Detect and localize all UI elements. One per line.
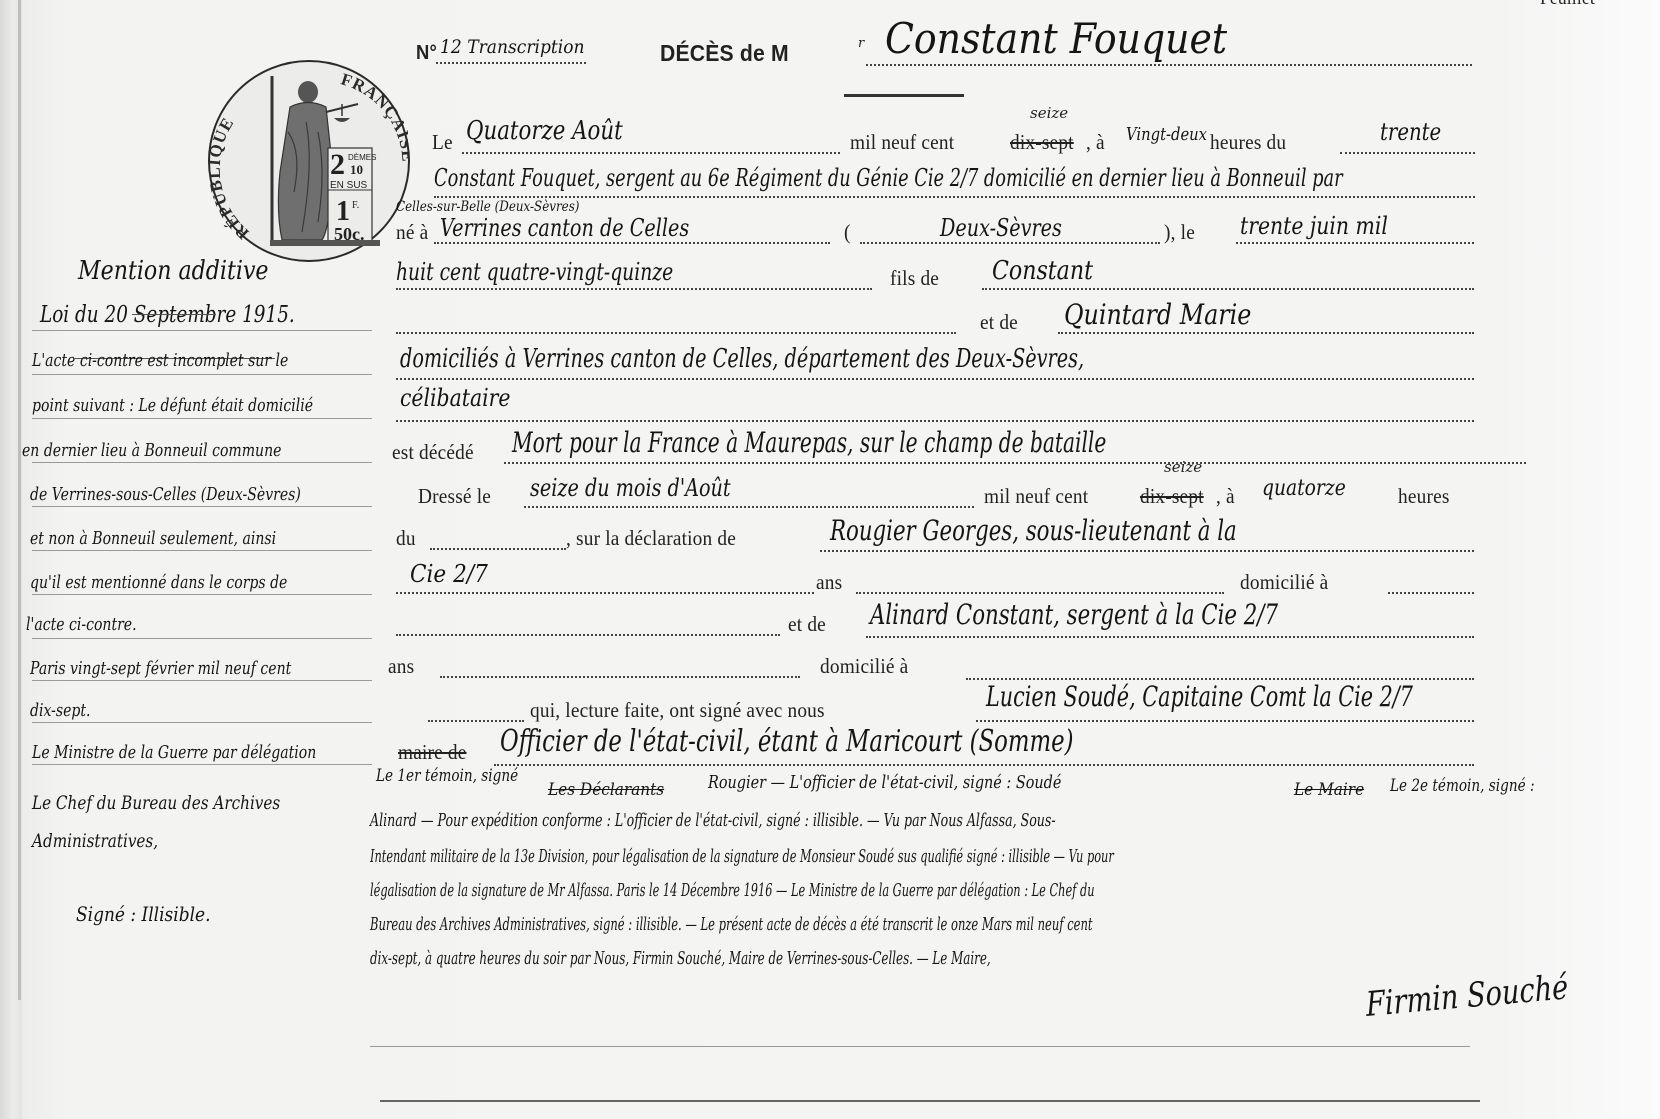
rule: [396, 420, 1474, 422]
officer-role: Officier de l'état-civil, étant à Marico…: [500, 724, 1074, 759]
mil-neuf-cent-2: mil neuf cent: [984, 484, 1088, 509]
rule: [396, 288, 872, 290]
rule: [440, 676, 800, 678]
second-declarant: Alinard Constant, sergent à la Cie 2/7: [870, 598, 1278, 631]
stamp-value-bottom-unit: F.: [352, 200, 359, 211]
birth-date: trente juin mil: [1240, 212, 1388, 240]
death-hour: Vingt-deux: [1126, 124, 1207, 145]
rule: [494, 764, 1474, 766]
marital-status: célibataire: [400, 384, 510, 412]
heures-du-label: heures du: [1210, 130, 1286, 155]
stamp-value-top-unit: DÈMES: [348, 153, 376, 162]
drawn-up-hour: quatorze: [1262, 476, 1346, 501]
father-name: Constant: [992, 256, 1093, 286]
rule: [434, 242, 830, 244]
fiscal-stamp: RÉPUBLIQUE FRANÇAISE 2 DÈMES 10 EN SUS 1…: [208, 60, 410, 262]
margin-line-1: L'acte ci-contre est incomplet sur le: [32, 350, 288, 371]
year-struck-2: dix-sept: [1140, 484, 1204, 509]
mayor-signature: Firmin Souché: [1365, 967, 1569, 1025]
margin-line-8: Paris vingt-sept février mil neuf cent: [30, 658, 291, 679]
rule: [504, 462, 1526, 464]
signing-officer: Lucien Soudé, Capitaine Comt la Cie 2/7: [986, 680, 1413, 713]
rule: [1058, 332, 1474, 334]
est-decede-label: est décédé: [392, 440, 474, 465]
et-de-label-1: et de: [980, 310, 1018, 335]
parents-domicile: domiciliés à Verrines canton de Celles, …: [400, 344, 1084, 374]
margin-line-6: qu'il est mentionné dans le corps de: [30, 572, 287, 593]
first-declarant-unit: Cie 2/7: [410, 560, 488, 588]
margin-line-3: en dernier lieu à Bonneuil commune: [22, 440, 281, 461]
signatures-line-5: Bureau des Archives Administratives, sig…: [370, 914, 1093, 935]
le-label: Le: [432, 130, 453, 155]
rule: [1340, 152, 1475, 154]
rule: [866, 636, 1474, 638]
stamp-arc-left: RÉPUBLIQUE: [210, 114, 253, 243]
rule: [524, 506, 974, 508]
corner-fragment: Feuillet: [1540, 0, 1595, 10]
margin-rule: [32, 764, 372, 765]
margin-rule: [32, 418, 372, 419]
margin-rule: [32, 462, 372, 463]
sur-declaration-label: , sur la déclaration de: [566, 526, 736, 551]
dresse-le-label: Dressé le: [418, 484, 491, 509]
mother-name: Quintard Marie: [1064, 298, 1251, 331]
signatures-line-4: légalisation de la signature de Mr Alfas…: [370, 880, 1095, 901]
margin-title: Mention additive: [78, 256, 269, 286]
law-overline: [132, 314, 216, 315]
signatures-line-1: Rougier — L'officier de l'état-civil, si…: [708, 772, 1061, 793]
margin-signed: Signé : Illisible.: [76, 902, 210, 926]
stamp-value-cents: 50c.: [334, 224, 365, 244]
title-underline: [844, 94, 964, 97]
margin-rule: [32, 594, 372, 595]
margin-line-10: Le Ministre de la Guerre par délégation: [32, 742, 316, 763]
rule: [1236, 242, 1474, 244]
second-witness-label: Le 2e témoin, signé :: [1390, 776, 1535, 796]
rule: [856, 592, 1224, 594]
deceased-identity: Constant Fouquet, sergent au 6e Régiment…: [434, 164, 1343, 192]
birth-department: Deux-Sèvres: [940, 214, 1062, 242]
birth-place: Verrines canton de Celles: [440, 214, 689, 242]
marianne-figure-icon: RÉPUBLIQUE FRANÇAISE 2 DÈMES 10 EN SUS 1…: [210, 62, 408, 260]
birth-year: huit cent quatre-vingt-quinze: [396, 258, 673, 286]
number-label: N°: [416, 42, 437, 65]
paren-open: (: [844, 220, 851, 245]
margin-rule: [32, 374, 372, 375]
heures-label: heures: [1398, 484, 1450, 509]
svg-text:RÉPUBLIQUE: RÉPUBLIQUE: [210, 114, 253, 243]
death-date: Quatorze Août: [466, 116, 623, 146]
drawn-up-date: seize du mois d'Août: [530, 474, 731, 502]
stamp-value-bottom: 1: [336, 196, 350, 227]
rule: [396, 378, 1474, 380]
margin-line-7: l'acte ci-contre.: [26, 614, 137, 635]
paren-close: ), le: [1164, 220, 1195, 245]
rule: [976, 720, 1474, 722]
a-label-2: , à: [1216, 484, 1235, 509]
rule: [434, 196, 1475, 198]
fils-de-label: fils de: [890, 266, 939, 291]
rule: [428, 720, 524, 722]
margin-rule: [32, 722, 372, 723]
binding-edge: [18, 0, 21, 1000]
margin-rule: [32, 506, 372, 507]
margin-line-9: dix-sept.: [30, 700, 91, 721]
ne-a-label: né à: [396, 220, 428, 245]
signatures-line-2: Alinard — Pour expédition conforme : L'o…: [370, 810, 1056, 831]
year-insert-1: seize: [1030, 104, 1068, 122]
rule: [396, 634, 780, 636]
rule: [820, 550, 1474, 552]
death-circumstance: Mort pour la France à Maurepas, sur le c…: [512, 426, 1106, 459]
year-struck-1: dix-sept: [1010, 130, 1074, 155]
signatures-line-3: Intendant militaire de la 13e Division, …: [370, 846, 1114, 867]
rule: [1388, 592, 1474, 594]
rule: [430, 548, 566, 550]
et-de-label-2: et de: [788, 612, 826, 637]
margin-rule: [32, 680, 372, 681]
trente-word: trente: [1380, 118, 1441, 146]
death-certificate-page: Feuillet N° 12 Transcription DÉCÈS de M …: [0, 0, 1660, 1119]
name-rule: [866, 64, 1472, 66]
rule: [860, 242, 1160, 244]
domicilie-label-1: domicilié à: [1240, 570, 1328, 595]
margin-rule: [32, 550, 372, 551]
margin-line-4: de Verrines-sous-Celles (Deux-Sèvres): [30, 484, 301, 505]
signatures-line-6: dix-sept, à quatre heures du soir par No…: [370, 948, 991, 969]
first-witness-label: Le 1er témoin, signé: [376, 766, 518, 786]
le-maire-struck: Le Maire: [1294, 780, 1364, 800]
footer-rule: [380, 1100, 1480, 1102]
rule: [462, 152, 840, 154]
maire-de-struck: maire de: [398, 740, 467, 765]
stamp-value-top: 2: [330, 148, 345, 181]
margin-rule: [32, 638, 372, 639]
title-label-sup: r: [858, 36, 864, 51]
ans-label-2: ans: [388, 654, 414, 679]
margin-line-12: Administratives,: [32, 830, 158, 852]
ans-label-1: ans: [816, 570, 842, 595]
year-insert-2: seize: [1164, 458, 1202, 476]
stamp-value-frac: 10: [350, 162, 363, 177]
a-label-1: , à: [1086, 130, 1105, 155]
mil-neuf-cent-1: mil neuf cent: [850, 130, 954, 155]
domicilie-label-2: domicilié à: [820, 654, 908, 679]
rule: [396, 592, 814, 594]
margin-line-2: point suivant : Le défunt était domicili…: [32, 395, 313, 416]
lecture-faite-label: qui, lecture faite, ont signé avec nous: [530, 698, 825, 723]
stamp-value-mid: EN SUS: [330, 180, 368, 191]
declarants-struck: Les Déclarants: [548, 780, 664, 800]
bottom-rule: [370, 1046, 1470, 1047]
margin-law: Loi du 20 Septembre 1915.: [40, 302, 295, 328]
first-declarant: Rougier Georges, sous-lieutenant à la: [830, 514, 1237, 547]
rule: [982, 288, 1474, 290]
number-rule: [436, 62, 586, 64]
margin-line-5: et non à Bonneuil seulement, ainsi: [30, 528, 276, 549]
number-value: 12 Transcription: [440, 36, 585, 58]
margin-rule: [32, 330, 372, 331]
birth-insert: Celles-sur-Belle (Deux-Sèvres): [396, 199, 579, 215]
rule: [396, 332, 956, 334]
du-label: du: [396, 526, 416, 551]
margin-line-11: Le Chef du Bureau des Archives: [32, 792, 280, 814]
title-label: DÉCÈS de M: [660, 40, 789, 67]
deceased-name: Constant Fouquet: [885, 14, 1227, 63]
